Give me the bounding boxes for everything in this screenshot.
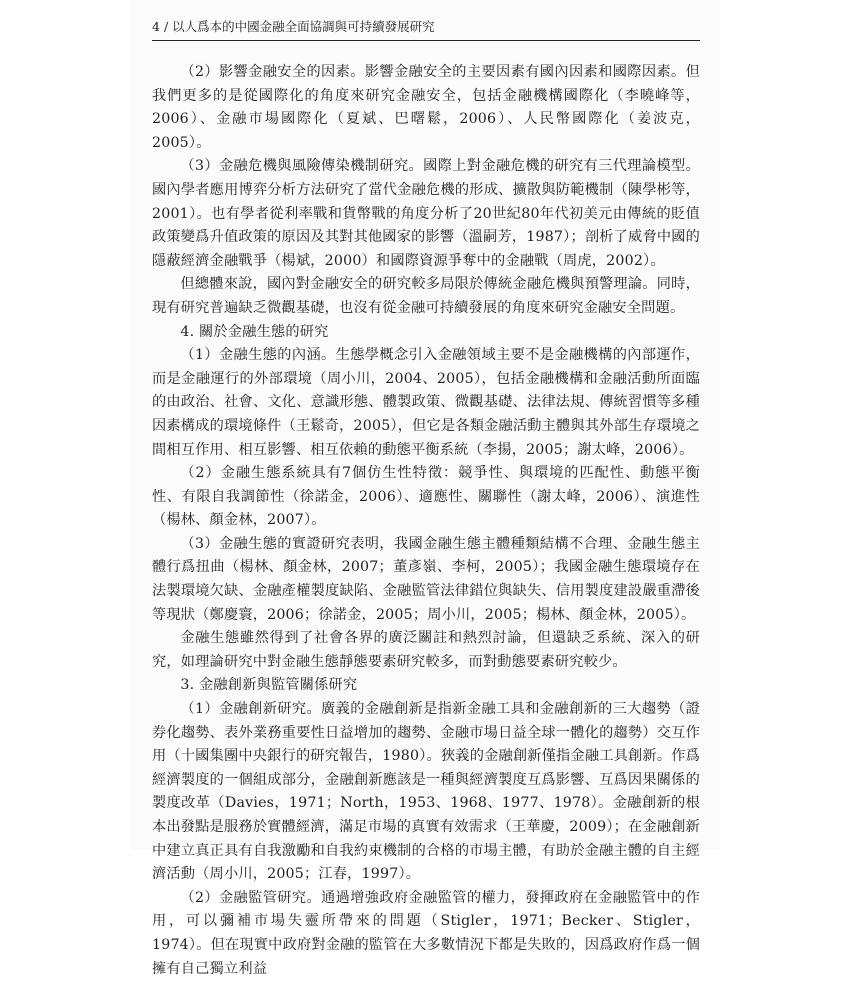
book-title: 以人爲本的中國金融全面協調與可持續發展研究 [172,19,435,34]
page-body: （2）影響金融安全的因素。影響金融安全的主要因素有國內因素和國際因素。但我們更多… [152,61,700,850]
paragraph-security-summary: 但總體來說，國內對金融安全的研究較多局限於傳統金融危機與預警理論。同時，現有研究… [152,273,700,320]
paragraph-financial-security-factors: （2）影響金融安全的因素。影響金融安全的主要因素有國內因素和國際因素。但我們更多… [152,61,700,155]
paragraph-financial-innovation: （1）金融創新研究。廣義的金融創新是指新金融工具和金融創新的三大趨勢（證券化趨勢… [152,698,700,850]
paragraph-ecology-connotation: （1）金融生態的內涵。生態學概念引入金融領域主要不是金融機構的內部運作，而是金融… [152,344,700,462]
paragraph-financial-crisis-contagion: （3）金融危機與風險傳染機制研究。國際上對金融危機的研究有三代理論模型。國內學者… [152,155,700,273]
section-heading-financial-ecology: 4. 關於金融生態的研究 [152,321,700,345]
header-separator: / [164,19,168,34]
paragraph-ecology-summary: 金融生態雖然得到了社會各界的廣泛關註和熱烈討論，但還缺乏系統、深入的研究，如理論… [152,627,700,674]
paragraph-ecology-features: （2）金融生態系統具有7個仿生性特徵：競爭性、與環境的匹配性、動態平衡性、有限自… [152,462,700,533]
paragraph-ecology-empirical: （3）金融生態的實證研究表明，我國金融生態主體種類結構不合理、金融生態主體行爲扭… [152,533,700,627]
page-number: 4 [152,19,160,34]
section-heading-innovation-regulation: 3. 金融創新與監管關係研究 [152,674,700,698]
running-header: 4 / 以人爲本的中國金融全面協調與可持續發展研究 [152,18,700,41]
